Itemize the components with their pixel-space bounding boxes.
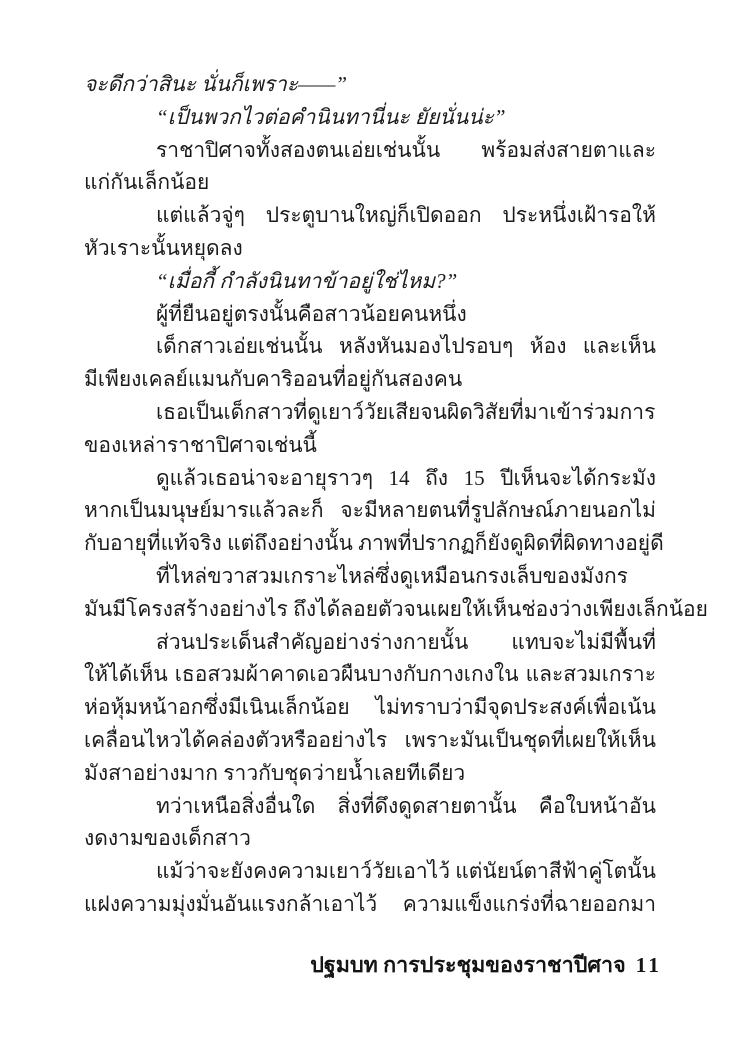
text-line: งดงามของเด็กสาว (84, 822, 656, 855)
text-line: เธอเป็นเด็กสาวที่ดูเยาว์วัยเสียจนผิดวิสั… (84, 396, 656, 429)
text-line: ที่ไหล่ขวาสวมเกราะไหล่ซึ่งดูเหมือนกรงเล็… (84, 560, 656, 593)
text-line: แก่กันเล็กน้อย (84, 166, 656, 199)
text-line: “เมื่อกี้ กำลังนินทาข้าอยู่ใช่ไหม?” (84, 265, 656, 298)
footer-chapter-title: ปฐมบท การประชุมของราชาปีศาจ (310, 953, 625, 977)
text-line: มังสาอย่างมาก ราวกับชุดว่ายน้ำเลยทีเดียว (84, 757, 656, 790)
text-line: “เป็นพวกไวต่อคำนินทานี่นะ ยัยนั่นน่ะ” (84, 101, 656, 134)
text-line: มันมีโครงสร้างอย่างไร ถึงได้ลอยตัวจนเผยใ… (84, 593, 656, 626)
text-line: ทว่าเหนือสิ่งอื่นใด สิ่งที่ดึงดูดสายตานั… (84, 790, 656, 823)
text-line: เด็กสาวเอ่ยเช่นนั้น หลังหันมองไปรอบๆ ห้อ… (84, 330, 656, 363)
text-line: ห่อหุ้มหน้าอกซึ่งมีเนินเล็กน้อย ไม่ทราบว… (84, 691, 656, 724)
text-line: หัวเราะนั้นหยุดลง (84, 232, 656, 265)
text-line: แต่แล้วจู่ๆ ประตูบานใหญ่ก็เปิดออก ประหนึ… (84, 199, 656, 232)
text-line: แม้ว่าจะยังคงความเยาว์วัยเอาไว้ แต่นัยน์… (84, 855, 656, 888)
text-line: ของเหล่าราชาปิศาจเช่นนี้ (84, 429, 656, 462)
footer-page-number: 11 (636, 953, 662, 977)
book-page: จะดีกว่าสินะ นั่นก็เพราะ——”“เป็นพวกไวต่อ… (0, 0, 738, 1051)
text-line: แฝงความมุ่งมั่นอันแรงกล้าเอาไว้ ความแข็ง… (84, 888, 656, 921)
text-line: ดูแล้วเธอน่าจะอายุราวๆ 14 ถึง 15 ปีเห็นจ… (84, 462, 656, 495)
text-line: ราชาปิศาจทั้งสองตนเอ่ยเช่นนั้น พร้อมส่งส… (84, 134, 656, 167)
text-line: เคลื่อนไหวได้คล่องตัวหรืออย่างไร เพราะมั… (84, 724, 656, 757)
text-line: ผู้ที่ยืนอยู่ตรงนั้นคือสาวน้อยคนหนึ่ง (84, 298, 656, 331)
text-line: ส่วนประเด็นสำคัญอย่างร่างกายนั้น แทบจะไม… (84, 626, 656, 659)
text-line: จะดีกว่าสินะ นั่นก็เพราะ——” (84, 68, 656, 101)
text-line: ให้ได้เห็น เธอสวมผ้าคาดเอวผืนบางกับกางเก… (84, 658, 656, 691)
text-line: กับอายุที่แท้จริง แต่ถึงอย่างนั้น ภาพที่… (84, 527, 656, 560)
body-text: จะดีกว่าสินะ นั่นก็เพราะ——”“เป็นพวกไวต่อ… (84, 68, 656, 921)
text-line: หากเป็นมนุษย์มารแล้วละก็ จะมีหลายตนที่รู… (84, 494, 656, 527)
text-line: มีเพียงเคลย์แมนกับคาริออนที่อยู่กันสองคน (84, 363, 656, 396)
page-footer: ปฐมบท การประชุมของราชาปีศาจ11 (84, 951, 662, 979)
